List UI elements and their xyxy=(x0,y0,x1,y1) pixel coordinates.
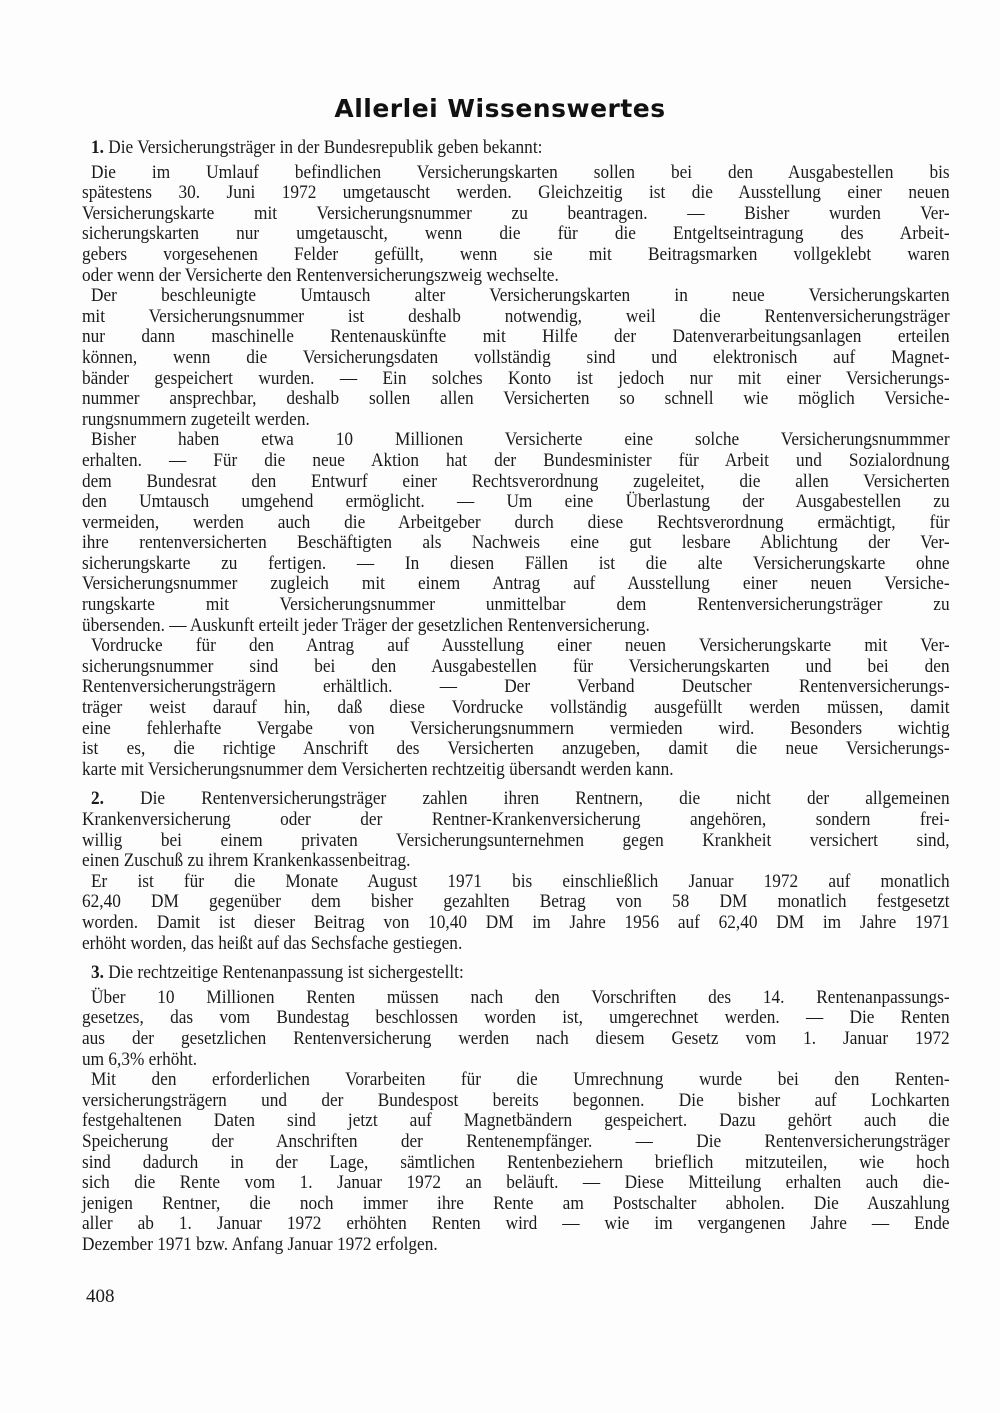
text-line: Bisher haben etwa 10 Millionen Versicher… xyxy=(82,430,950,451)
text-line: 62,40 DM gegenüber dem bisher gezahlten … xyxy=(82,892,950,913)
text-line: übersenden. — Auskunft erteilt jeder Trä… xyxy=(82,616,950,637)
text-line: können, wenn die Versicherungsdaten voll… xyxy=(82,348,950,369)
text-line: erhalten. — Für die neue Aktion hat der … xyxy=(82,451,950,472)
text-line: sind dadurch in der Lage, sämtlichen Ren… xyxy=(82,1153,950,1174)
text-line: ist es, die richtige Anschrift des Versi… xyxy=(82,739,950,760)
text-line: versicherungsträgern und der Bundespost … xyxy=(82,1091,950,1112)
paragraph: Vordrucke für den Antrag auf Ausstellung… xyxy=(82,636,863,780)
text-line: rungskarte mit Versicherungsnummer unmit… xyxy=(82,595,950,616)
text-line: den Umtausch umgehend ermöglicht. — Um e… xyxy=(82,492,950,513)
text-line: worden. Damit ist dieser Beitrag von 10,… xyxy=(82,913,950,934)
text-line: dem Bundesrat den Entwurf einer Rechtsve… xyxy=(82,472,950,493)
section-3: 3. Die rechtzeitige Rentenanpassung ist … xyxy=(82,963,863,1255)
text-line: träger weist darauf hin, daß diese Vordr… xyxy=(82,698,950,719)
text-line: ihre rentenversicherten Beschäftigten al… xyxy=(82,533,950,554)
text-line: oder wenn der Versicherte den Rentenvers… xyxy=(82,266,950,287)
text-line: willig bei einem privaten Versicherungsu… xyxy=(82,831,950,852)
text-line: 2. Die Rentenversicherungsträger zahlen … xyxy=(82,789,950,810)
section-heading: 1. Die Versicherungsträger in der Bundes… xyxy=(82,138,950,159)
paragraph: Bisher haben etwa 10 Millionen Versicher… xyxy=(82,430,863,636)
text-line: sicherungskarte zu fertigen. — In diesen… xyxy=(82,554,950,575)
paragraph: Mit den erforderlichen Vorarbeiten für d… xyxy=(82,1070,863,1255)
paragraph: Er ist für die Monate August 1971 bis ei… xyxy=(82,872,863,954)
text-line: nummer ansprechbar, deshalb sollen allen… xyxy=(82,389,950,410)
text-line: nur dann maschinelle Rentenauskünfte mit… xyxy=(82,327,950,348)
text-line: eine fehlerhafte Vergabe von Versicherun… xyxy=(82,719,950,740)
text-line: Versicherungsnummer zugleich mit einem A… xyxy=(82,574,950,595)
text-line: einen Zuschuß zu ihrem Krankenkassenbeit… xyxy=(82,851,950,872)
page-number: 408 xyxy=(86,1286,115,1308)
text-line: Dezember 1971 bzw. Anfang Januar 1972 er… xyxy=(82,1235,950,1256)
text-line: mit Versicherungsnummer ist deshalb notw… xyxy=(82,307,950,328)
paragraph: 2. Die Rentenversicherungsträger zahlen … xyxy=(82,789,863,871)
text-line: erhöht worden, das heißt auf das Sechsfa… xyxy=(82,934,950,955)
page-title: Allerlei Wissenswertes xyxy=(0,94,1000,123)
text-line: Mit den erforderlichen Vorarbeiten für d… xyxy=(82,1070,950,1091)
article-body: 1. Die Versicherungsträger in der Bundes… xyxy=(82,138,863,1255)
paragraph: Der beschleunigte Umtausch alter Versich… xyxy=(82,286,863,430)
text-line: spätestens 30. Juni 1972 umgetauscht wer… xyxy=(82,183,950,204)
paragraph: Die im Umlauf befindlichen Versicherungs… xyxy=(82,163,863,287)
text-line: vermeiden, werden auch die Arbeitgeber d… xyxy=(82,513,950,534)
section-number: 2. xyxy=(91,788,140,809)
text-line: gesetzes, das vom Bundestag beschlossen … xyxy=(82,1008,950,1029)
text-line: Er ist für die Monate August 1971 bis ei… xyxy=(82,872,950,893)
section-number: 3. xyxy=(91,962,108,983)
section-heading: 3. Die rechtzeitige Rentenanpassung ist … xyxy=(82,963,950,984)
text-line: Versicherungskarte mit Versicherungsnumm… xyxy=(82,204,950,225)
text-line: sicherungskarten nur umgetauscht, wenn d… xyxy=(82,224,950,245)
text-line: jenigen Rentner, die noch immer ihre Ren… xyxy=(82,1194,950,1215)
section-2: 2. Die Rentenversicherungsträger zahlen … xyxy=(82,789,863,954)
text-line: Rentenversicherungsträgern erhältlich. —… xyxy=(82,677,950,698)
section-1: 1. Die Versicherungsträger in der Bundes… xyxy=(82,138,863,780)
text-line: sicherungsnummer sind bei den Ausgabeste… xyxy=(82,657,950,678)
section-number: 1. xyxy=(91,137,108,158)
text-line: festgehaltenen Daten sind jetzt auf Magn… xyxy=(82,1111,950,1132)
text-line: Speicherung der Anschriften der Rentenem… xyxy=(82,1132,950,1153)
text-line: sich die Rente vom 1. Januar 1972 an bel… xyxy=(82,1173,950,1194)
text-line: aus der gesetzlichen Rentenversicherung … xyxy=(82,1029,950,1050)
text-line: Vordrucke für den Antrag auf Ausstellung… xyxy=(82,636,950,657)
text-line: Über 10 Millionen Renten müssen nach den… xyxy=(82,988,950,1009)
text-line: karte mit Versicherungsnummer dem Versic… xyxy=(82,760,950,781)
document-page: Allerlei Wissenswertes 1. Die Versicheru… xyxy=(0,0,1000,1413)
text-line: bänder gespeichert wurden. — Ein solches… xyxy=(82,369,950,390)
text-line: aller ab 1. Januar 1972 erhöhten Renten … xyxy=(82,1214,950,1235)
text-line: Krankenversicherung oder der Rentner-Kra… xyxy=(82,810,950,831)
text-line: gebers vorgesehenen Felder gefüllt, wenn… xyxy=(82,245,950,266)
text-line: rungsnummern zugeteilt werden. xyxy=(82,410,950,431)
text-line: um 6,3% erhöht. xyxy=(82,1050,950,1071)
text-line: Der beschleunigte Umtausch alter Versich… xyxy=(82,286,950,307)
paragraph: Über 10 Millionen Renten müssen nach den… xyxy=(82,988,863,1070)
text-line: Die im Umlauf befindlichen Versicherungs… xyxy=(82,163,950,184)
